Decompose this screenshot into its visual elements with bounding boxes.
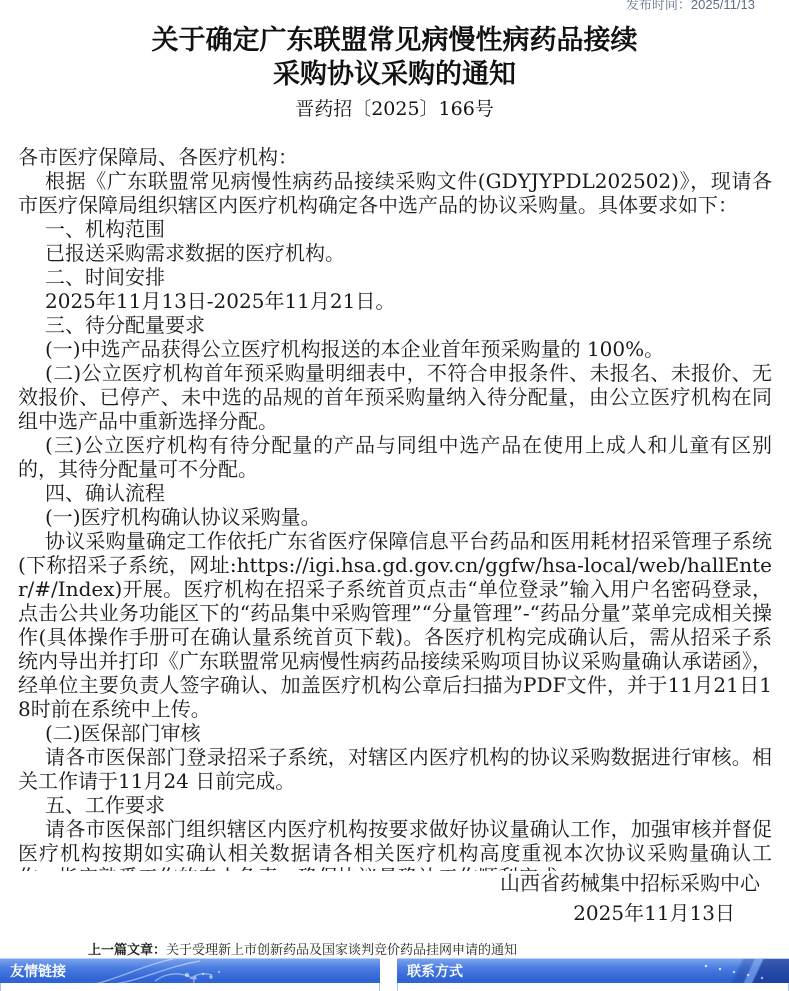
paragraph: (一)中选产品获得公立医疗机构报送的本企业首年预采购量的 100%。	[18, 337, 772, 361]
publish-time: 发布时间：2025/11/13	[626, 0, 755, 13]
signature-date: 2025年11月13日	[0, 898, 789, 928]
flourish-decoration	[95, 959, 255, 983]
signature-block: 山西省药械集中招标采购中心 2025年11月13日	[0, 868, 789, 928]
notice-page: { "page": { "publish_time": "发布时间：2025/1…	[0, 0, 789, 991]
paragraph: 2025年11月13日-2025年11月21日。	[18, 289, 772, 313]
notice-body: 各市医疗保障局、各医疗机构： 根据《广东联盟常见病慢性病药品接续采购文件(GDY…	[18, 145, 772, 871]
section-heading: 二、时间安排	[18, 265, 772, 289]
contact-header: 联系方式	[397, 958, 789, 983]
contact-body	[397, 983, 789, 991]
page-title: 关于确定广东联盟常见病慢性病药品接续 采购协议采购的通知	[0, 24, 789, 92]
signature-org: 山西省药械集中招标采购中心	[0, 868, 789, 898]
section-heading: 五、工作要求	[18, 793, 772, 817]
section-heading: 三、待分配量要求	[18, 313, 772, 337]
filmstrip-decoration	[694, 959, 789, 983]
friend-links-panel: 友情链接	[0, 958, 380, 991]
section-heading: 一、机构范围	[18, 217, 772, 241]
contact-panel: 联系方式	[397, 958, 789, 991]
paragraph: (二)公立医疗机构首年预采购量明细表中，不符合申报条件、未报名、未报价、无效报价…	[18, 361, 772, 433]
paragraph: (一)医疗机构确认协议采购量。	[18, 505, 772, 529]
prev-article-row: 上一篇文章：关于受理新上市创新药品及国家谈判竞价药品挂网申请的通知	[88, 939, 517, 958]
footer: 友情链接 联系方式	[0, 958, 789, 991]
paragraph: (二)医保部门审核	[18, 721, 772, 745]
page-title-line1: 关于确定广东联盟常见病慢性病药品接续	[152, 25, 638, 56]
title-block: 关于确定广东联盟常见病慢性病药品接续 采购协议采购的通知 晋药招〔2025〕16…	[0, 24, 789, 121]
doc-number: 晋药招〔2025〕166号	[0, 97, 789, 121]
page-title-line2: 采购协议采购的通知	[273, 59, 516, 90]
paragraph: 请各市医保部门登录招采子系统，对辖区内医疗机构的协议采购数据进行审核。相关工作请…	[18, 745, 772, 793]
paragraph: 根据《广东联盟常见病慢性病药品接续采购文件(GDYJYPDL202502)》，现…	[18, 169, 772, 217]
salutation: 各市医疗保障局、各医疗机构：	[18, 145, 772, 169]
paragraph: 已报送采购需求数据的医疗机构。	[18, 241, 772, 265]
friend-links-title: 友情链接	[10, 963, 66, 979]
friend-links-header: 友情链接	[0, 958, 380, 983]
friend-links-body	[0, 983, 380, 991]
prev-article-label: 上一篇文章：	[88, 942, 166, 957]
paragraph: (三)公立医疗机构有待分配量的产品与同组中选产品在使用上成人和儿童有区别的，其待…	[18, 433, 772, 481]
paragraph: 请各市医保部门组织辖区内医疗机构按要求做好协议量确认工作，加强审核并督促医疗机构…	[18, 817, 772, 871]
prev-article-link[interactable]: 关于受理新上市创新药品及国家谈判竞价药品挂网申请的通知	[166, 942, 517, 957]
contact-title: 联系方式	[407, 963, 463, 979]
paragraph: 协议采购量确定工作依托广东省医疗保障信息平台药品和医用耗材招采管理子系统(下称招…	[18, 529, 772, 721]
section-heading: 四、确认流程	[18, 481, 772, 505]
